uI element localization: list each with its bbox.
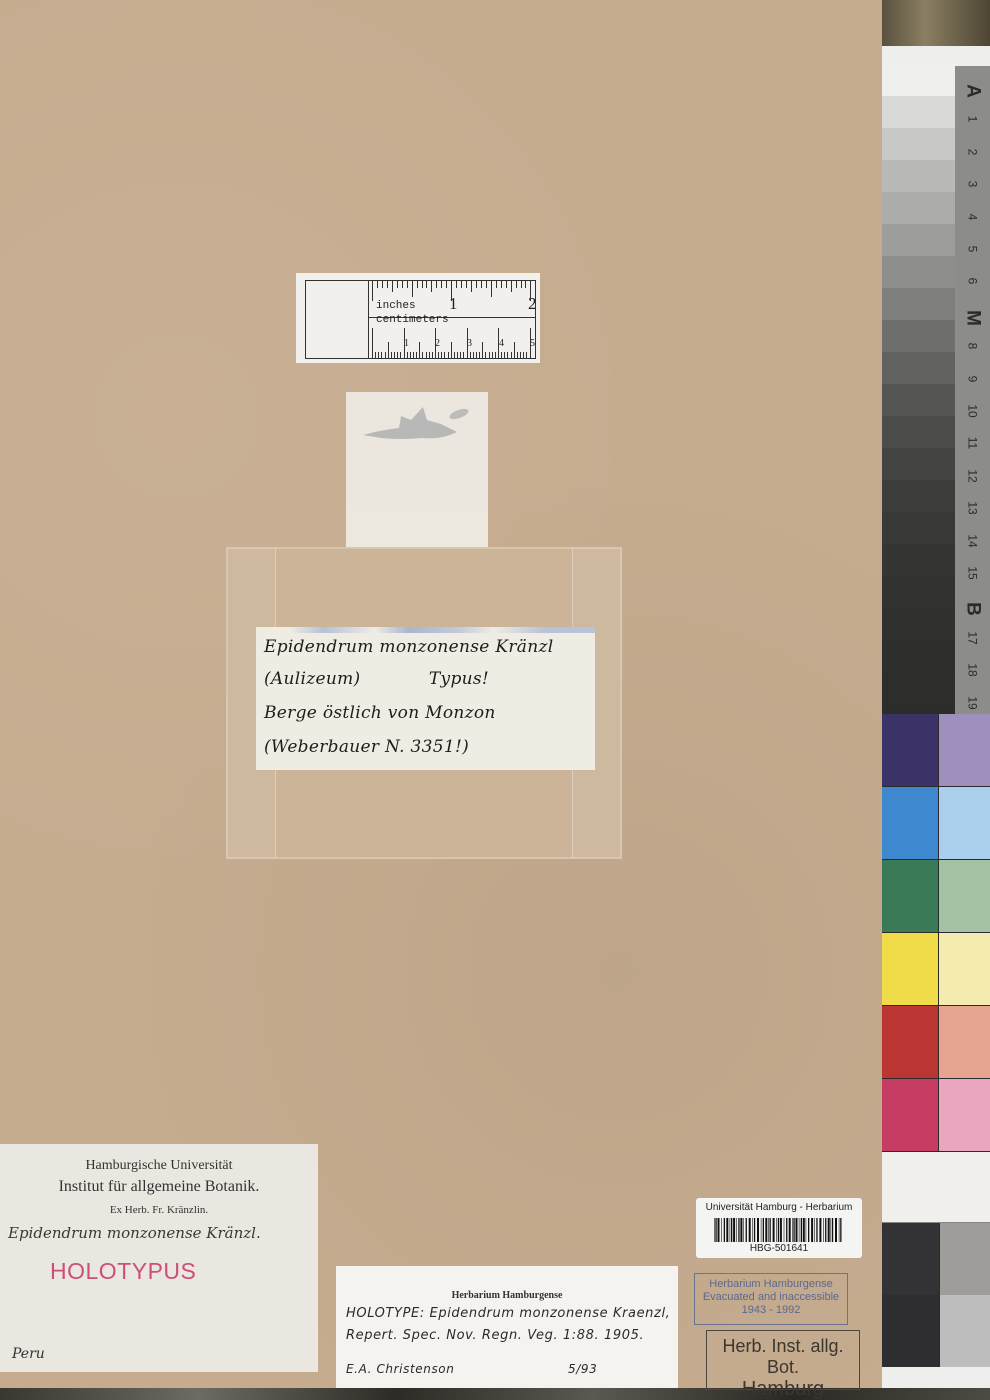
inches-label: inches	[376, 300, 416, 312]
herbarium-source: Ex Herb. Fr. Kränzlin.	[0, 1204, 318, 1216]
scale-label: 5	[966, 232, 980, 267]
scale-label: 9	[966, 361, 980, 396]
patch-row	[882, 860, 990, 933]
scale-label: 10	[966, 394, 980, 429]
color-card-shadow	[882, 0, 990, 46]
scale-label: 15	[966, 556, 980, 591]
color-patch	[882, 787, 939, 859]
scale-label: 1	[966, 102, 980, 137]
taxon-name: Epidendrum monzonense Kränzl.	[8, 1224, 261, 1242]
patch-row	[882, 1079, 990, 1152]
institute-label: Hamburgische Universität Institut für al…	[0, 1144, 318, 1372]
glassine-strip	[346, 392, 488, 547]
color-patch	[939, 714, 990, 786]
evacuation-stamp: Herbarium Hamburgense Evacuated and inac…	[694, 1273, 848, 1325]
patch-row	[882, 933, 990, 1006]
color-patch	[882, 933, 939, 1005]
annotation-reference-line: Repert. Spec. Nov. Regn. Veg. 1:88. 1905…	[346, 1328, 644, 1343]
gray-step	[882, 192, 955, 224]
color-patch	[939, 933, 990, 1005]
scale-label: 13	[966, 491, 980, 526]
inch-mark-1: 1	[449, 294, 458, 314]
barcode-title: Universität Hamburg - Herbarium	[696, 1202, 862, 1213]
gray-step	[882, 64, 955, 96]
patch-row	[882, 714, 990, 787]
cm-mark-5: 5	[530, 338, 535, 349]
gray-step	[882, 576, 955, 608]
gray-step	[882, 480, 955, 512]
cm-mark-3: 3	[467, 338, 472, 349]
scale-label: 6	[966, 264, 980, 299]
cm-mark-1: 1	[404, 338, 409, 349]
gray-step	[882, 640, 955, 672]
patch-row	[882, 787, 990, 860]
gray-step	[882, 224, 955, 256]
gray-step	[882, 288, 955, 320]
evacuation-stamp-line3: 1943 - 1992	[695, 1304, 847, 1317]
white-patch	[882, 1152, 990, 1223]
scale-label: 14	[966, 523, 980, 558]
barcode-icon	[714, 1218, 844, 1242]
gray-patch	[940, 1223, 990, 1295]
color-patch	[882, 714, 939, 786]
scale-label: 3	[966, 167, 980, 202]
inch-mark-2: 2	[528, 294, 537, 314]
holotypus-stamp: HOLOTYPUS	[50, 1258, 196, 1285]
scale-label: 4	[966, 199, 980, 234]
gray-scale-strip	[882, 64, 955, 736]
ruler-blank-area	[306, 281, 369, 358]
label-line-collector: (Weberbauer N. 3351!)	[264, 737, 469, 757]
patch-row	[882, 1006, 990, 1079]
gray-patch-row	[882, 1223, 990, 1295]
gray-patch	[882, 1295, 940, 1367]
centimeters-label: centimeters	[376, 314, 449, 326]
color-patches	[882, 714, 990, 1367]
annotation-title: Herbarium Hamburgense	[336, 1290, 678, 1301]
gray-step	[882, 448, 955, 480]
scale-label: 2	[966, 134, 980, 169]
gray-patch	[882, 1223, 940, 1295]
color-patch	[882, 1079, 939, 1151]
color-patch	[882, 1006, 939, 1078]
plant-fragment-icon	[361, 402, 471, 452]
institute-name: Institut für allgemeine Botanik.	[0, 1178, 318, 1196]
university-name: Hamburgische Universität	[0, 1158, 318, 1174]
evacuation-stamp-line1: Herbarium Hamburgense	[695, 1274, 847, 1291]
gray-step	[882, 256, 955, 288]
gray-step	[882, 128, 955, 160]
gray-patch-row	[882, 1295, 990, 1367]
color-patch	[939, 1079, 990, 1151]
color-patch	[939, 860, 990, 932]
gray-scale-labels: A123456M89101112131415B171819	[955, 66, 990, 760]
barcode-id: HBG-501641	[696, 1243, 862, 1254]
color-patch	[939, 1006, 990, 1078]
gray-step	[882, 352, 955, 384]
color-patch	[882, 860, 939, 932]
gray-step	[882, 608, 955, 640]
scale-label: 8	[966, 329, 980, 364]
label-line-taxon: Epidendrum monzonense Kränzl	[264, 637, 553, 657]
scale-ruler: inches centimeters 1 2 1 2 3 4 5	[296, 273, 540, 363]
gray-step	[882, 384, 955, 416]
scale-label: 12	[966, 458, 980, 493]
label-blue-edge	[256, 627, 595, 633]
cm-mark-2: 2	[435, 338, 440, 349]
gray-step	[882, 416, 955, 448]
cm-mark-4: 4	[499, 338, 504, 349]
label-line-locality: Berge östlich von Monzon	[264, 703, 496, 723]
gray-step	[882, 672, 955, 704]
annotation-determiner: E.A. Christenson	[346, 1362, 454, 1376]
institute-stamp-line2: Hamburg	[707, 1378, 859, 1400]
color-calibration-card: A123456M89101112131415B171819	[882, 46, 990, 1388]
gray-step	[882, 512, 955, 544]
gray-step	[882, 544, 955, 576]
institute-stamp-line1: Herb. Inst. allg. Bot.	[707, 1336, 859, 1378]
country-name: Peru	[12, 1346, 45, 1362]
ruler-frame: inches centimeters 1 2 1 2 3 4 5	[305, 280, 536, 359]
scale-label: 17	[966, 620, 980, 655]
gray-patch	[940, 1295, 990, 1367]
gray-step	[882, 96, 955, 128]
color-patch	[939, 787, 990, 859]
gray-step	[882, 160, 955, 192]
determination-label: Herbarium Hamburgense HOLOTYPE: Epidendr…	[336, 1266, 678, 1388]
barcode-label: Universität Hamburg - Herbarium HBG-5016…	[696, 1198, 862, 1258]
annotation-holotype-line: HOLOTYPE: Epidendrum monzonense Kraenzl,	[346, 1306, 670, 1321]
original-handwritten-label: Epidendrum monzonense Kränzl (Aulizeum) …	[256, 627, 595, 770]
evacuation-stamp-line2: Evacuated and inaccessible	[695, 1291, 847, 1304]
annotation-date: 5/93	[568, 1362, 597, 1376]
institute-stamp: Herb. Inst. allg. Bot. Hamburg	[706, 1330, 860, 1390]
scale-label: 18	[966, 653, 980, 688]
label-line-section: (Aulizeum) Typus!	[264, 669, 489, 689]
gray-step	[882, 320, 955, 352]
scale-label: 11	[966, 426, 980, 461]
